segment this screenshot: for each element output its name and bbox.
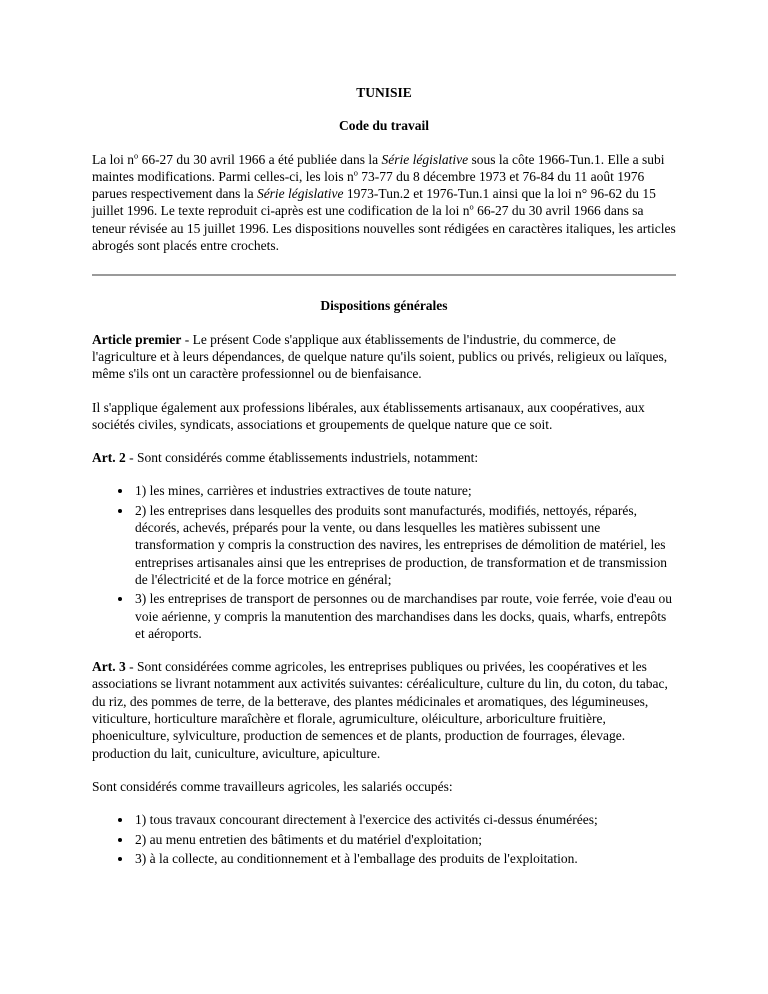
article-2-intro: Art. 2 - Sont considérés comme établisse…	[92, 449, 676, 466]
article-2-list: 1) les mines, carrières et industries ex…	[92, 482, 676, 642]
intro-paragraph: La loi no 66-27 du 30 avril 1966 a été p…	[92, 151, 676, 255]
article-3-list-item-3: 3) à la collecte, au conditionnement et …	[133, 850, 676, 867]
article-3-paragraph-2: Sont considérés comme travailleurs agric…	[92, 778, 676, 795]
article-3-list-item-1: 1) tous travaux concourant directement à…	[133, 811, 676, 828]
article-3-paragraph: Art. 3 - Sont considérées comme agricole…	[92, 658, 676, 762]
document-title: TUNISIE	[92, 84, 676, 101]
article-1-paragraph: Article premier - Le présent Code s'appl…	[92, 331, 676, 383]
article-2-list-item-1: 1) les mines, carrières et industries ex…	[133, 482, 676, 499]
section-heading: Dispositions générales	[92, 297, 676, 314]
article-3-list: 1) tous travaux concourant directement à…	[92, 811, 676, 867]
article-1-paragraph-2: Il s'applique également aux professions …	[92, 399, 676, 434]
section-divider	[92, 274, 676, 276]
document-subtitle: Code du travail	[92, 117, 676, 134]
article-3-list-item-2: 2) au menu entretien des bâtiments et du…	[133, 831, 676, 848]
article-2-list-item-2: 2) les entreprises dans lesquelles des p…	[133, 502, 676, 588]
article-2-list-item-3: 3) les entreprises de transport de perso…	[133, 590, 676, 642]
document-page: TUNISIE Code du travail La loi no 66-27 …	[0, 0, 768, 994]
